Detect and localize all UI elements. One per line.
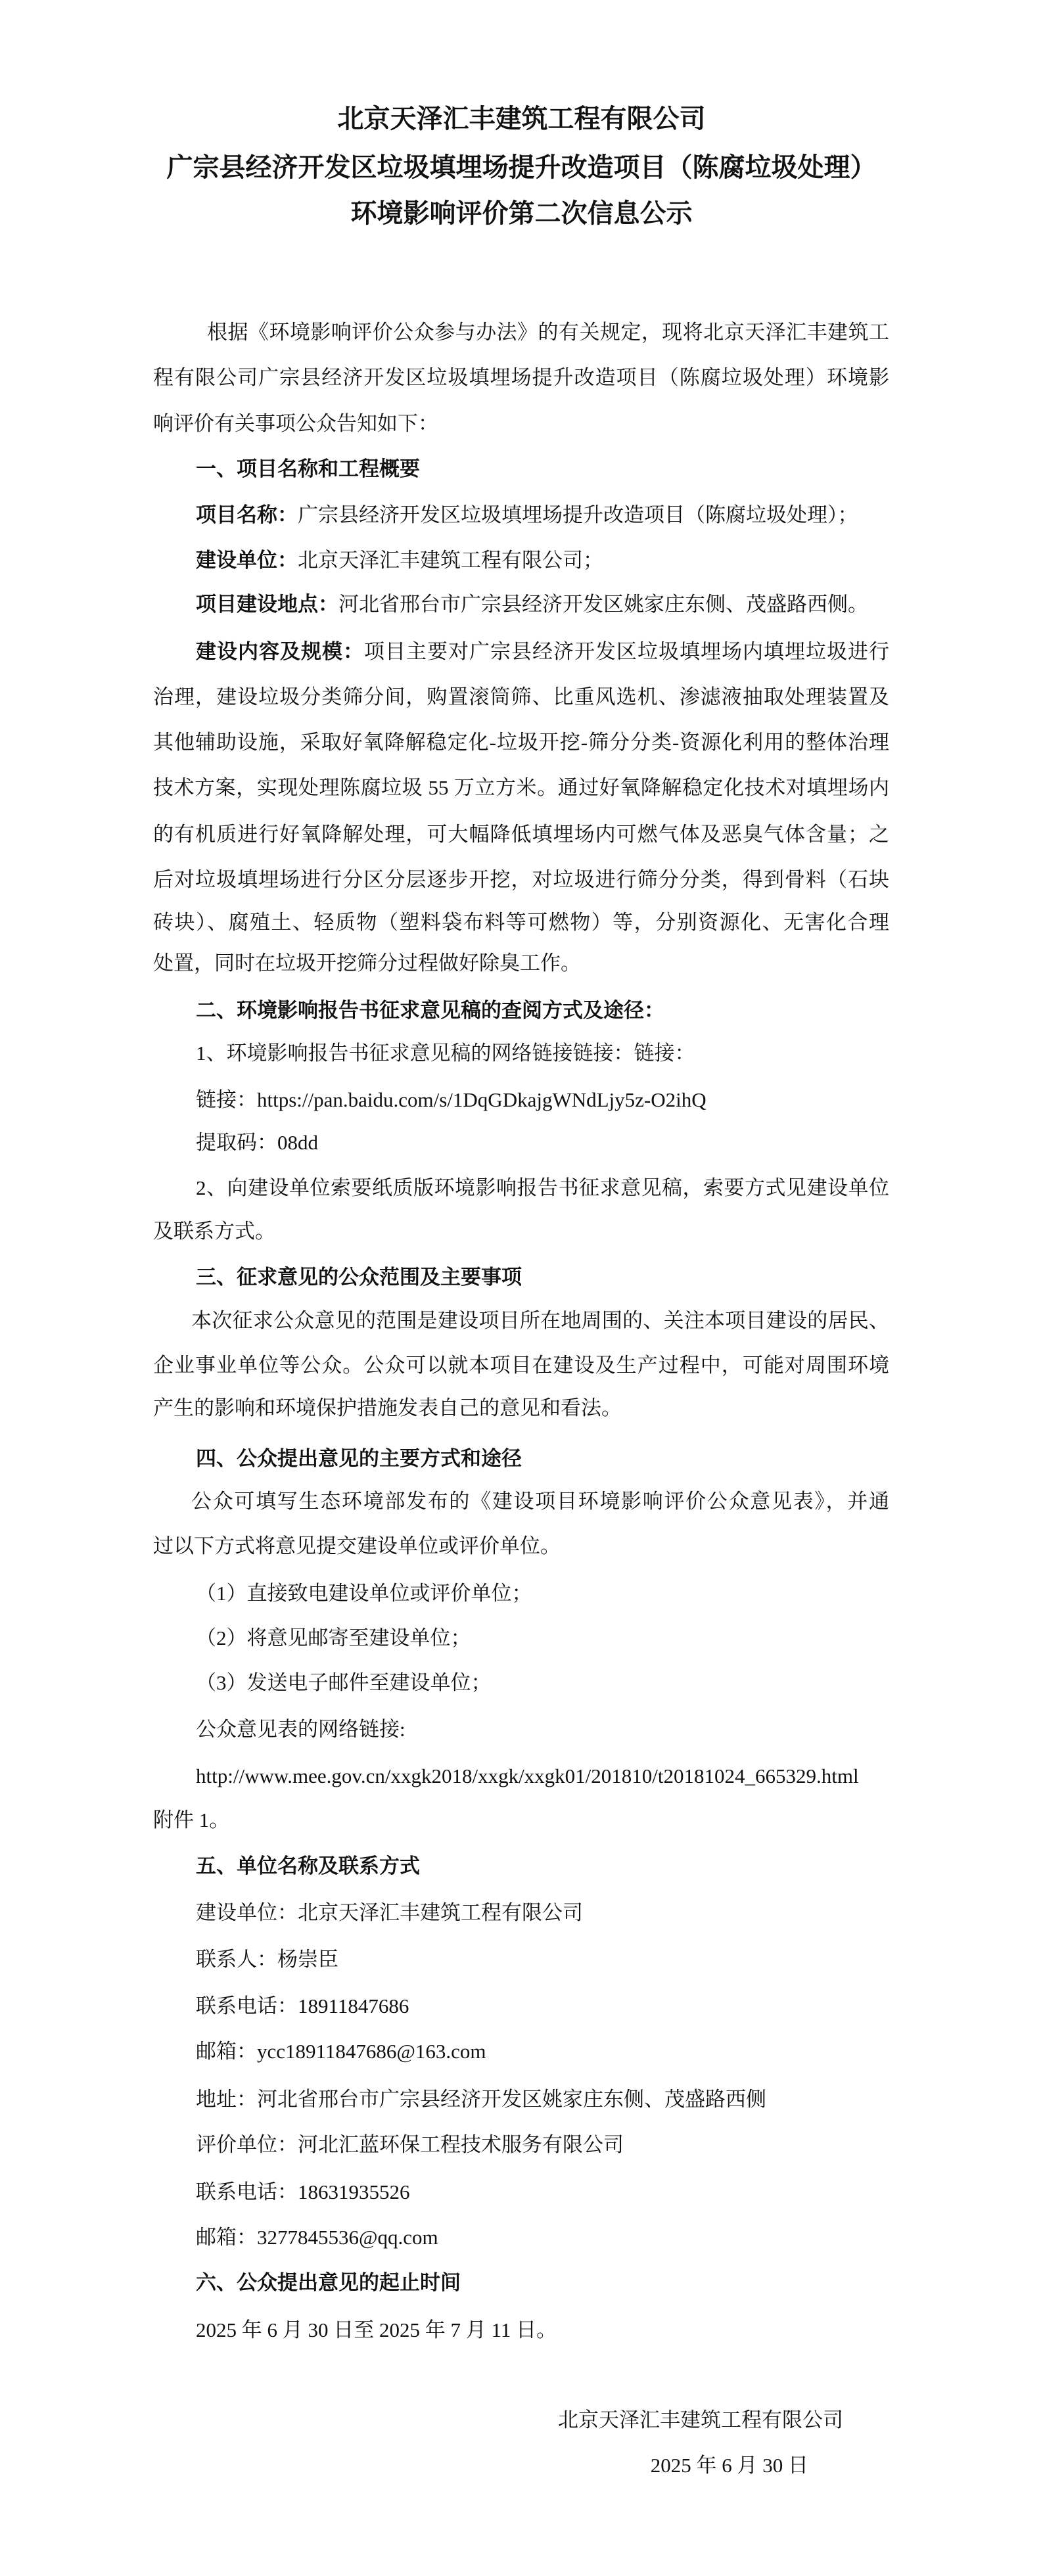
builder-label: 建设单位： [196, 549, 298, 572]
contact-phone: 联系电话：18911847686 [196, 1993, 409, 2019]
contact-evaluator-phone: 联系电话：18631935526 [196, 2179, 410, 2205]
builder-value: 北京天泽汇丰建筑工程有限公司； [298, 549, 603, 572]
report-link-label: 链接： [196, 1088, 257, 1111]
section-heading: 六、公众提出意见的起止时间 [196, 2270, 461, 2296]
method-item: （2）将意见邮寄至建设单位； [196, 1625, 471, 1651]
signature-date: 2025 年 6 月 30 日 [651, 2452, 808, 2479]
project-name-label: 项目名称： [196, 503, 298, 526]
section-heading: 三、征求意见的公众范围及主要事项 [196, 1264, 522, 1291]
title-line-1: 北京天泽汇丰建筑工程有限公司 [0, 103, 1043, 135]
extraction-code-value: 08dd [277, 1131, 318, 1154]
signature-company: 北京天泽汇丰建筑工程有限公司 [558, 2407, 843, 2433]
scope-line: 砖块）、腐殖土、轻质物（塑料袋布料等可燃物）等，分别资源化、无害化合理 [153, 909, 889, 936]
scope-public-line: 本次征求公众意见的范围是建设项目所在地周围的、关注本项目建设的居民、 [191, 1308, 889, 1334]
project-name: 项目名称：广宗县经济开发区垃圾填埋场提升改造项目（陈腐垃圾处理）； [196, 502, 858, 528]
submission-line: 公众可填写生态环境部发布的《建设项目环境影响评价公众意见表》，并通 [191, 1488, 889, 1515]
comment-period: 2025 年 6 月 30 日至 2025 年 7 月 11 日。 [196, 2317, 557, 2343]
form-link-url[interactable]: http://www.mee.gov.cn/xxgk2018/xxgk/xxgk… [196, 1763, 859, 1789]
scope-text: 项目主要对广宗县经济开发区垃圾填埋场内填埋垃圾进行 [364, 640, 889, 663]
submission-line: 过以下方式将意见提交建设单位或评价单位。 [153, 1533, 561, 1559]
project-name-value: 广宗县经济开发区垃圾填埋场提升改造项目（陈腐垃圾处理）； [298, 503, 858, 526]
title-line-2: 广宗县经济开发区垃圾填埋场提升改造项目（陈腐垃圾处理） [0, 151, 1043, 184]
scope-public-line: 企业事业单位等公众。公众可以就本项目在建设及生产过程中，可能对周围环境 [153, 1352, 889, 1379]
report-link: 链接：https://pan.baidu.com/s/1DqGDkajgWNdL… [196, 1087, 707, 1113]
paper-copy-line: 及联系方式。 [153, 1218, 275, 1245]
title-line-3: 环境影响评价第二次信息公示 [0, 197, 1043, 230]
paper-copy-line: 2、向建设单位索要纸质版环境影响报告书征求意见稿，索要方式见建设单位 [196, 1175, 889, 1201]
extraction-code-label: 提取码： [196, 1131, 277, 1154]
scope-first-line: 建设内容及规模：项目主要对广宗县经济开发区垃圾填埋场内填埋垃圾进行 [196, 639, 889, 665]
location-label: 项目建设地点： [196, 593, 338, 616]
scope-line: 其他辅助设施，采取好氧降解稳定化-垃圾开挖-筛分分类-资源化利用的整体治理 [153, 729, 889, 756]
intro-line: 响评价有关事项公众告知如下： [153, 411, 438, 437]
location: 项目建设地点：河北省邢台市广宗县经济开发区姚家庄东侧、茂盛路西侧。 [196, 591, 868, 618]
form-link-label: 公众意见表的网络链接: [196, 1716, 406, 1743]
contact-evaluator: 评价单位：河北汇蓝环保工程技术服务有限公司 [196, 2132, 624, 2158]
builder: 建设单位：北京天泽汇丰建筑工程有限公司； [196, 547, 603, 574]
contact-address: 地址：河北省邢台市广宗县经济开发区姚家庄东侧、茂盛路西侧 [196, 2086, 766, 2113]
attachment-note: 附件 1。 [153, 1807, 229, 1833]
report-link-url[interactable]: https://pan.baidu.com/s/1DqGDkajgWNdLjy5… [257, 1088, 707, 1111]
contact-email: 邮箱：ycc18911847686@163.com [196, 2038, 486, 2065]
section-heading: 一、项目名称和工程概要 [196, 456, 420, 482]
report-link-intro: 1、环境影响报告书征求意见稿的网络链接链接：链接： [196, 1040, 695, 1067]
scope-line: 处置，同时在垃圾开挖筛分过程做好除臭工作。 [153, 950, 581, 977]
scope-line: 治理，建设垃圾分类筛分间，购置滚筒筛、比重风选机、渗滤液抽取处理装置及 [153, 684, 889, 710]
scope-public-line: 产生的影响和环境保护措施发表自己的意见和看法。 [153, 1395, 622, 1421]
section-heading: 五、单位名称及联系方式 [196, 1853, 420, 1879]
scope-label: 建设内容及规模： [196, 640, 364, 663]
method-item: （1）直接致电建设单位或评价单位； [196, 1580, 532, 1607]
scope-line: 后对垃圾填埋场进行分区分层逐步开挖，对垃圾进行筛分分类，得到骨料（石块 [153, 867, 889, 893]
section-heading: 四、公众提出意见的主要方式和途径 [196, 1446, 522, 1472]
extraction-code: 提取码：08dd [196, 1130, 318, 1156]
section-heading: 二、环境影响报告书征求意见稿的查阅方式及途径： [196, 998, 664, 1024]
intro-line: 根据《环境影响评价公众参与办法》的有关规定，现将北京天泽汇丰建筑工 [207, 319, 889, 346]
contact-builder: 建设单位：北京天泽汇丰建筑工程有限公司 [196, 1900, 583, 1926]
scope-line: 的有机质进行好氧降解处理，可大幅降低填埋场内可燃气体及恶臭气体含量；之 [153, 821, 889, 848]
contact-person: 联系人：杨崇臣 [196, 1946, 338, 1973]
method-item: （3）发送电子邮件至建设单位； [196, 1670, 492, 1696]
scope-line: 技术方案，实现处理陈腐垃圾 55 万立方米。通过好氧降解稳定化技术对填埋场内 [153, 775, 889, 801]
intro-line: 程有限公司广宗县经济开发区垃圾填埋场提升改造项目（陈腐垃圾处理）环境影 [153, 365, 889, 391]
contact-evaluator-email: 邮箱：3277845536@qq.com [196, 2224, 438, 2251]
location-value: 河北省邢台市广宗县经济开发区姚家庄东侧、茂盛路西侧。 [338, 593, 868, 616]
